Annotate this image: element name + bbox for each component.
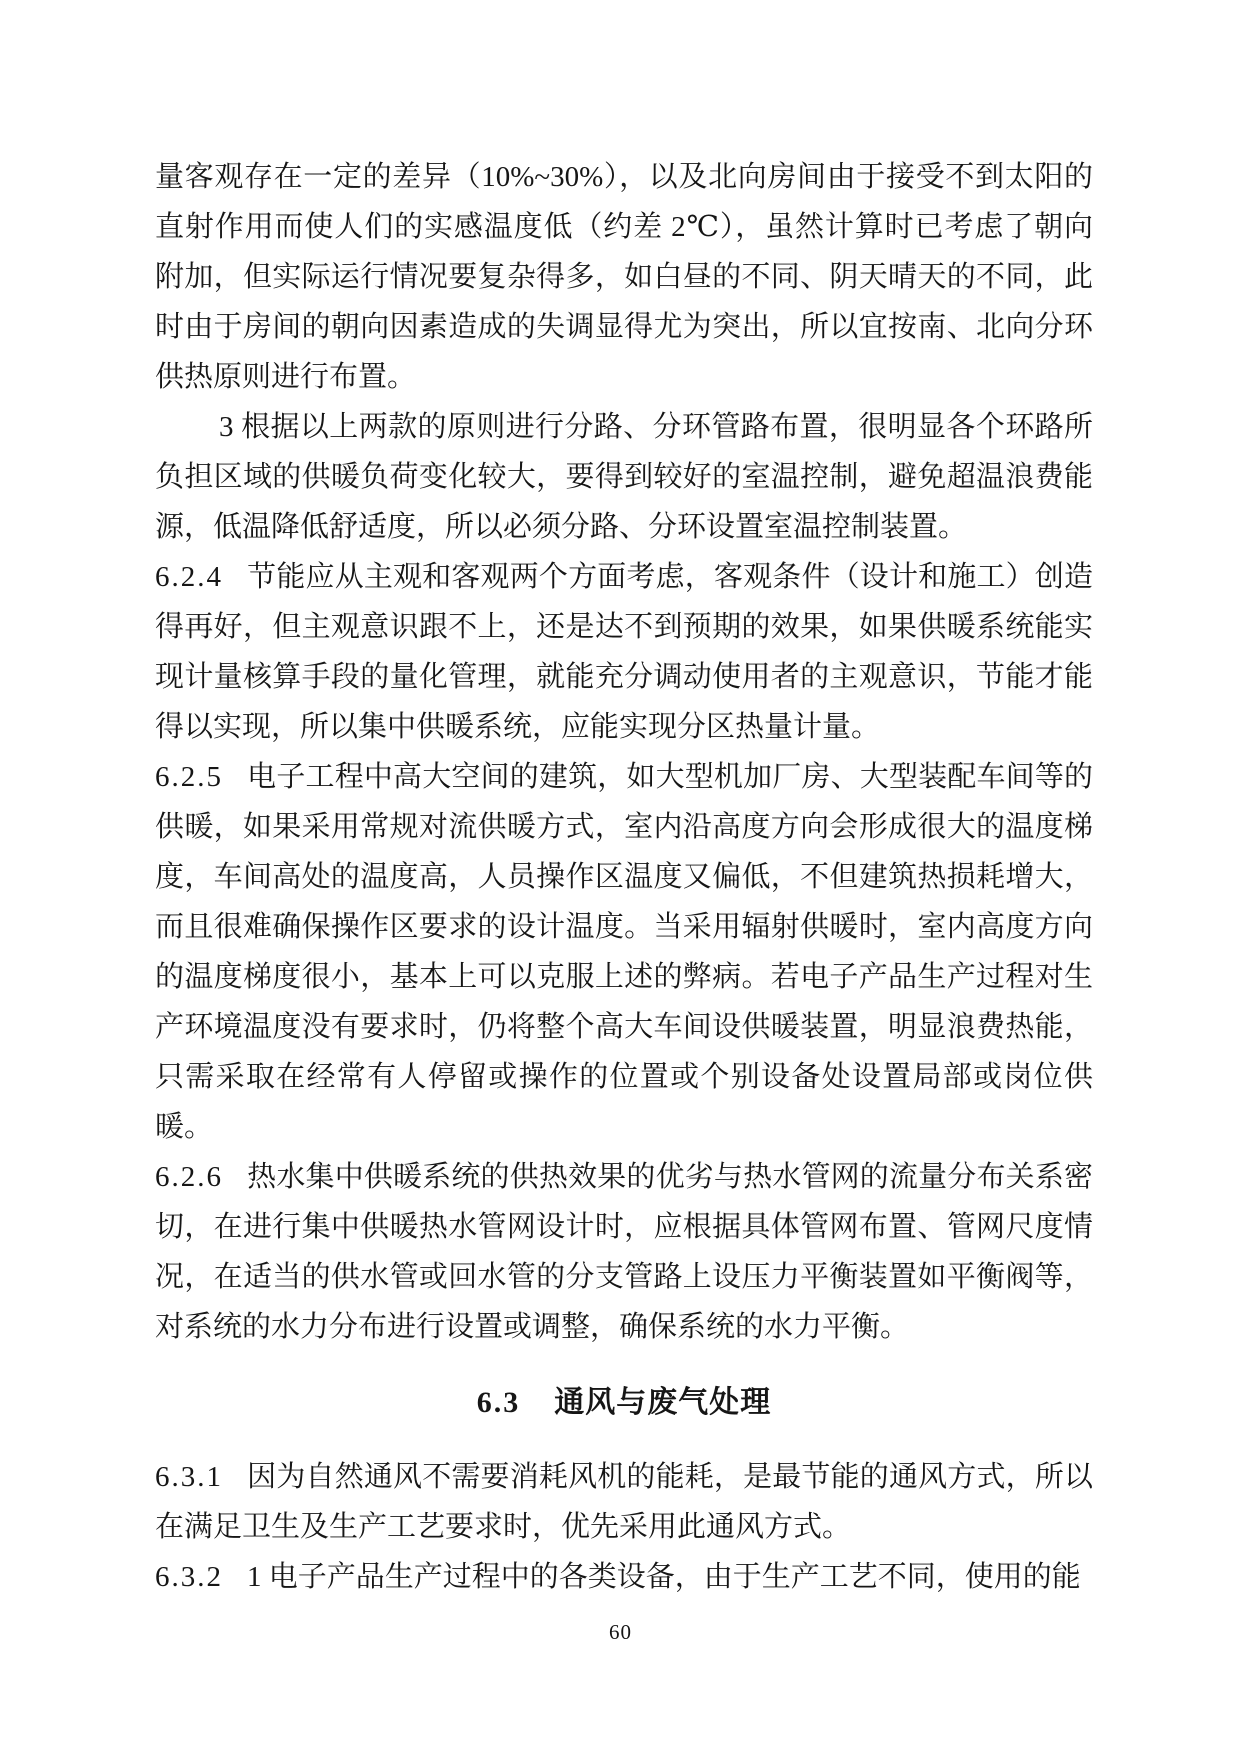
clause-paragraph: 6.3.21 电子产品生产过程中的各类设备，由于生产工艺不同，使用的能 [155,1552,1093,1602]
clause-paragraph: 6.3.1因为自然通风不需要消耗风机的能耗，是最节能的通风方式，所以在满足卫生及… [155,1452,1093,1552]
page-footer: 60 [0,1620,1241,1645]
clause-paragraph: 6.2.6热水集中供暖系统的供热效果的优劣与热水管网的流量分布关系密切，在进行集… [155,1152,1093,1352]
page-body: 量客观存在一定的差异（10%~30%），以及北向房间由于接受不到太阳的直射作用而… [155,152,1093,1602]
body-paragraph: 3 根据以上两款的原则进行分路、分环管路布置，很明显各个环路所负担区域的供暖负荷… [155,402,1093,552]
clause-number: 6.2.4 [155,561,223,593]
page-number: 60 [609,1620,632,1644]
section-heading: 6.3通风与废气处理 [155,1378,1093,1428]
section-heading-number: 6.3 [477,1386,521,1419]
clause-number: 6.3.1 [155,1461,223,1493]
document-page: 量客观存在一定的差异（10%~30%），以及北向房间由于接受不到太阳的直射作用而… [0,0,1241,1754]
clause-number: 6.2.5 [155,761,223,793]
clause-number: 6.3.2 [155,1561,223,1593]
clause-number: 6.2.6 [155,1161,223,1193]
body-paragraph: 量客观存在一定的差异（10%~30%），以及北向房间由于接受不到太阳的直射作用而… [155,152,1093,402]
clause-paragraph: 6.2.4节能应从主观和客观两个方面考虑，客观条件（设计和施工）创造得再好，但主… [155,552,1093,752]
section-heading-title: 通风与废气处理 [554,1386,771,1419]
clause-paragraph: 6.2.5电子工程中高大空间的建筑，如大型机加厂房、大型装配车间等的供暖，如果采… [155,752,1093,1152]
